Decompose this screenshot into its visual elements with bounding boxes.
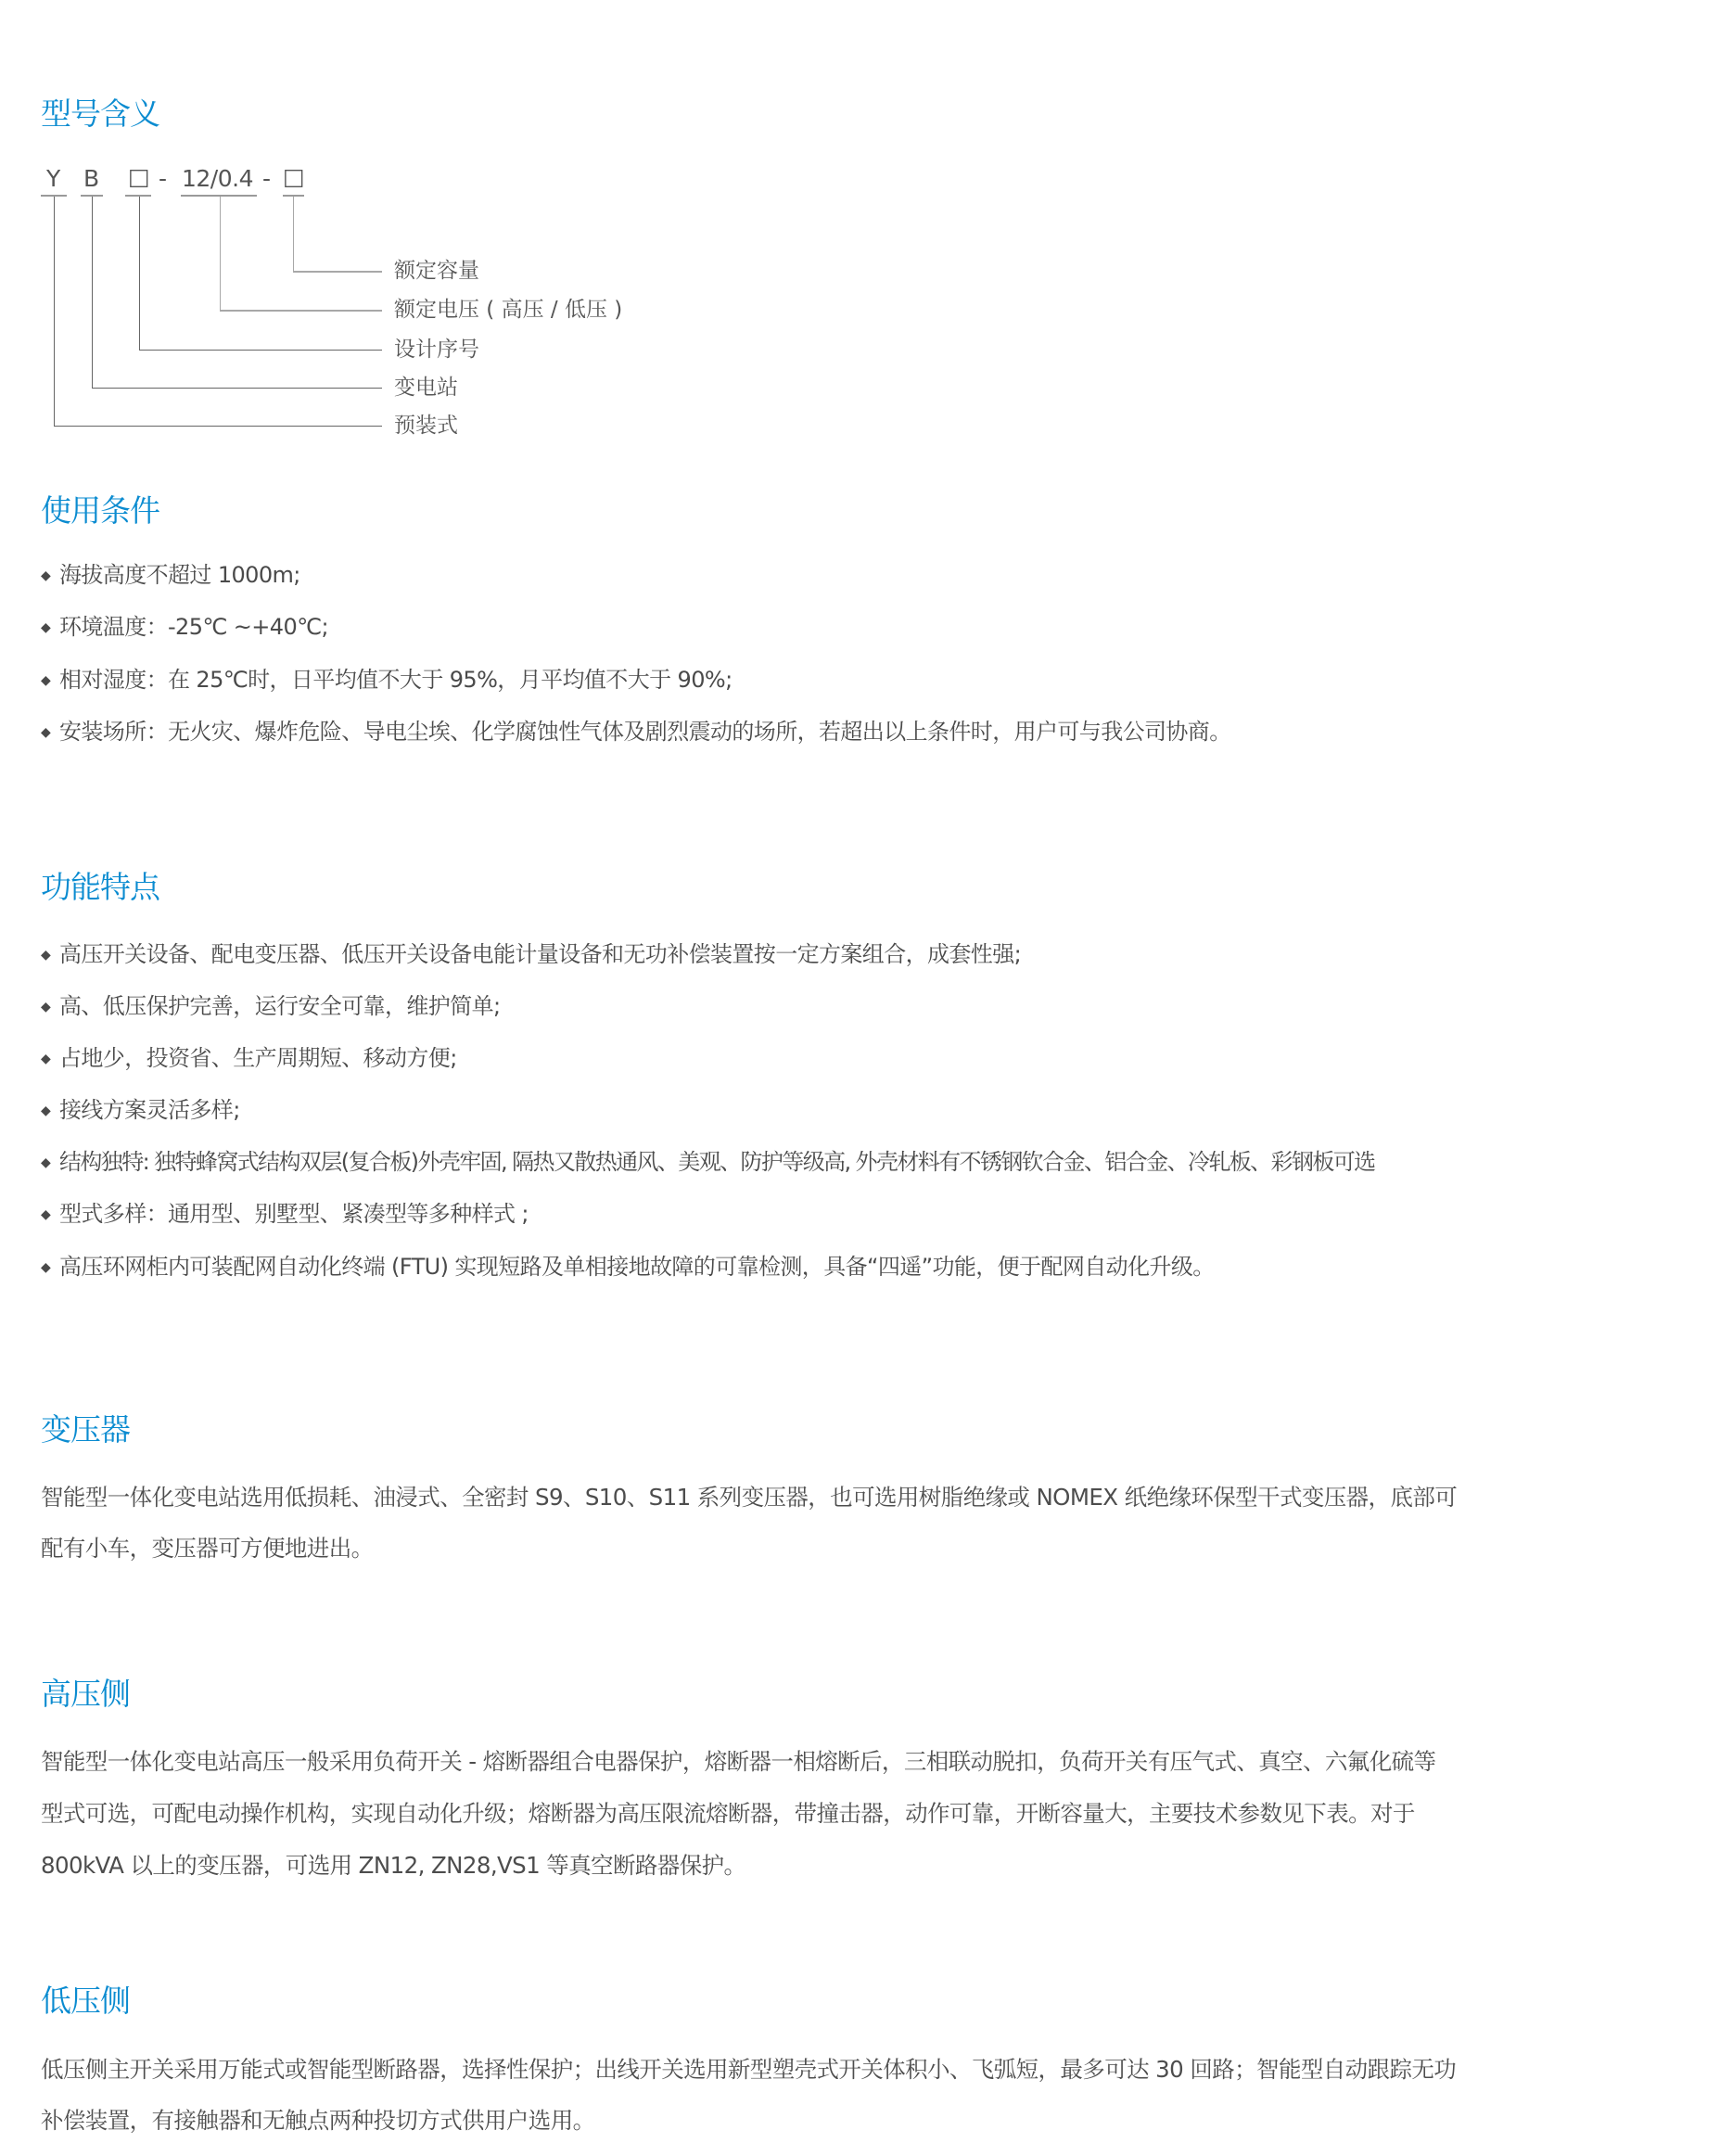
diamond-bullet-icon: ◆: [41, 614, 52, 642]
list-item-text: 安装场所：无火灾、爆炸危险、导电尘埃、化学腐蚀性气体及剧烈震动的场所，若超出以上…: [59, 719, 1231, 745]
paragraph-line: 补偿装置，有接触器和无触点两种投切方式供用户选用。: [41, 2107, 1691, 2135]
diamond-bullet-icon: ◆: [41, 667, 52, 695]
diamond-bullet-icon: ◆: [41, 1201, 52, 1229]
list-item: ◆结构独特: 独特蜂窝式结构双层(复合板)外壳牢固, 隔热又散热通风、美观、防护…: [41, 1148, 1375, 1177]
code-part-b: B: [83, 165, 99, 193]
diamond-bullet-icon: ◆: [41, 719, 52, 746]
list-item-text: 海拔高度不超过 1000m;: [59, 562, 300, 588]
paragraph-line: 智能型一体化变电站选用低损耗、油浸式、全密封 S9、S10、S11 系列变压器，…: [41, 1484, 1691, 1512]
list-item-text: 占地少，投资省、生产周期短、移动方便;: [59, 1045, 457, 1071]
paragraph-line: 800kVA 以上的变压器，可选用 ZN12, ZN28,VS1 等真空断路器保…: [41, 1852, 1691, 1880]
list-item: ◆安装场所：无火灾、爆炸危险、导电尘埃、化学腐蚀性气体及剧烈震动的场所，若超出以…: [41, 718, 1231, 746]
label-rated-voltage: 额定电压 ( 高压 / 低压 ): [394, 297, 622, 323]
rung-b: [92, 388, 382, 389]
diamond-bullet-icon: ◆: [41, 1097, 52, 1125]
section-title-model-meaning: 型号含义: [41, 96, 159, 133]
list-item: ◆海拔高度不超过 1000m;: [41, 561, 300, 590]
code-part-dash-1: -: [159, 165, 167, 193]
connector-voltage: [220, 197, 221, 311]
list-item-text: 高压开关设备、配电变压器、低压开关设备电能计量设备和无功补偿装置按一定方案组合，…: [59, 941, 1021, 967]
list-item-text: 结构独特: 独特蜂窝式结构双层(复合板)外壳牢固, 隔热又散热通风、美观、防护等…: [59, 1149, 1375, 1175]
rung-capacity: [293, 271, 382, 273]
code-part-y: Y: [46, 165, 60, 193]
list-item: ◆型式多样：通用型、别墅型、紧凑型等多种样式 ;: [41, 1200, 529, 1229]
diamond-bullet-icon: ◆: [41, 1149, 52, 1177]
list-item: ◆接线方案灵活多样;: [41, 1096, 240, 1125]
list-item-text: 相对湿度：在 25℃时，日平均值不大于 95%，月平均值不大于 90%;: [59, 667, 733, 693]
label-substation: 变电站: [394, 375, 458, 401]
underline-design: [125, 195, 151, 197]
paragraph-line: 型式可选，可配电动操作机构，实现自动化升级；熔断器为高压限流熔断器，带撞击器，动…: [41, 1800, 1691, 1828]
label-prefabricated: 预装式: [394, 413, 458, 439]
list-item: ◆环境温度：-25℃ ~+40℃;: [41, 613, 328, 642]
diamond-bullet-icon: ◆: [41, 1045, 52, 1073]
connector-design: [139, 197, 140, 351]
diamond-bullet-icon: ◆: [41, 1254, 52, 1282]
diamond-bullet-icon: ◆: [41, 941, 52, 969]
diamond-bullet-icon: ◆: [41, 562, 52, 590]
section-title-low-voltage: 低压侧: [41, 1983, 130, 2020]
code-part-capacity-box: □: [283, 163, 305, 191]
connector-b: [92, 197, 93, 389]
label-design-serial: 设计序号: [394, 337, 479, 363]
section-title-transformer: 变压器: [41, 1411, 130, 1448]
paragraph-line: 低压侧主开关采用万能式或智能型断路器，选择性保护；出线开关选用新型塑壳式开关体积…: [41, 2056, 1691, 2084]
list-item: ◆相对湿度：在 25℃时，日平均值不大于 95%，月平均值不大于 90%;: [41, 666, 733, 695]
paragraph-line: 配有小车，变压器可方便地进出。: [41, 1535, 1691, 1563]
label-rated-capacity: 额定容量: [394, 258, 479, 284]
rung-y: [54, 426, 382, 427]
connector-capacity: [293, 197, 294, 272]
code-part-design-box: □: [128, 163, 150, 191]
list-item-text: 接线方案灵活多样;: [59, 1097, 240, 1123]
diamond-bullet-icon: ◆: [41, 993, 52, 1021]
rung-voltage: [220, 310, 382, 312]
paragraph-line: 智能型一体化变电站高压一般采用负荷开关 - 熔断器组合电器保护，熔断器一相熔断后…: [41, 1748, 1691, 1776]
list-item-text: 高、低压保护完善，运行安全可靠，维护简单;: [59, 993, 501, 1019]
code-part-voltage: 12/0.4: [182, 165, 253, 193]
underline-voltage: [181, 195, 257, 197]
list-item: ◆高、低压保护完善，运行安全可靠，维护简单;: [41, 992, 501, 1021]
list-item: ◆高压开关设备、配电变压器、低压开关设备电能计量设备和无功补偿装置按一定方案组合…: [41, 940, 1021, 969]
list-item: ◆高压环网柜内可装配网自动化终端 (FTU) 实现短路及单相接地故障的可靠检测，…: [41, 1253, 1215, 1282]
list-item-text: 型式多样：通用型、别墅型、紧凑型等多种样式 ;: [59, 1201, 529, 1227]
section-title-high-voltage: 高压侧: [41, 1676, 130, 1713]
list-item-text: 高压环网柜内可装配网自动化终端 (FTU) 实现短路及单相接地故障的可靠检测，具…: [59, 1254, 1215, 1280]
list-item: ◆占地少，投资省、生产周期短、移动方便;: [41, 1044, 457, 1073]
list-item-text: 环境温度：-25℃ ~+40℃;: [59, 614, 328, 640]
rung-design: [139, 350, 382, 351]
section-title-usage-conditions: 使用条件: [41, 492, 159, 529]
code-part-dash-2: -: [262, 165, 271, 193]
section-title-features: 功能特点: [41, 869, 159, 906]
connector-y: [54, 197, 55, 427]
